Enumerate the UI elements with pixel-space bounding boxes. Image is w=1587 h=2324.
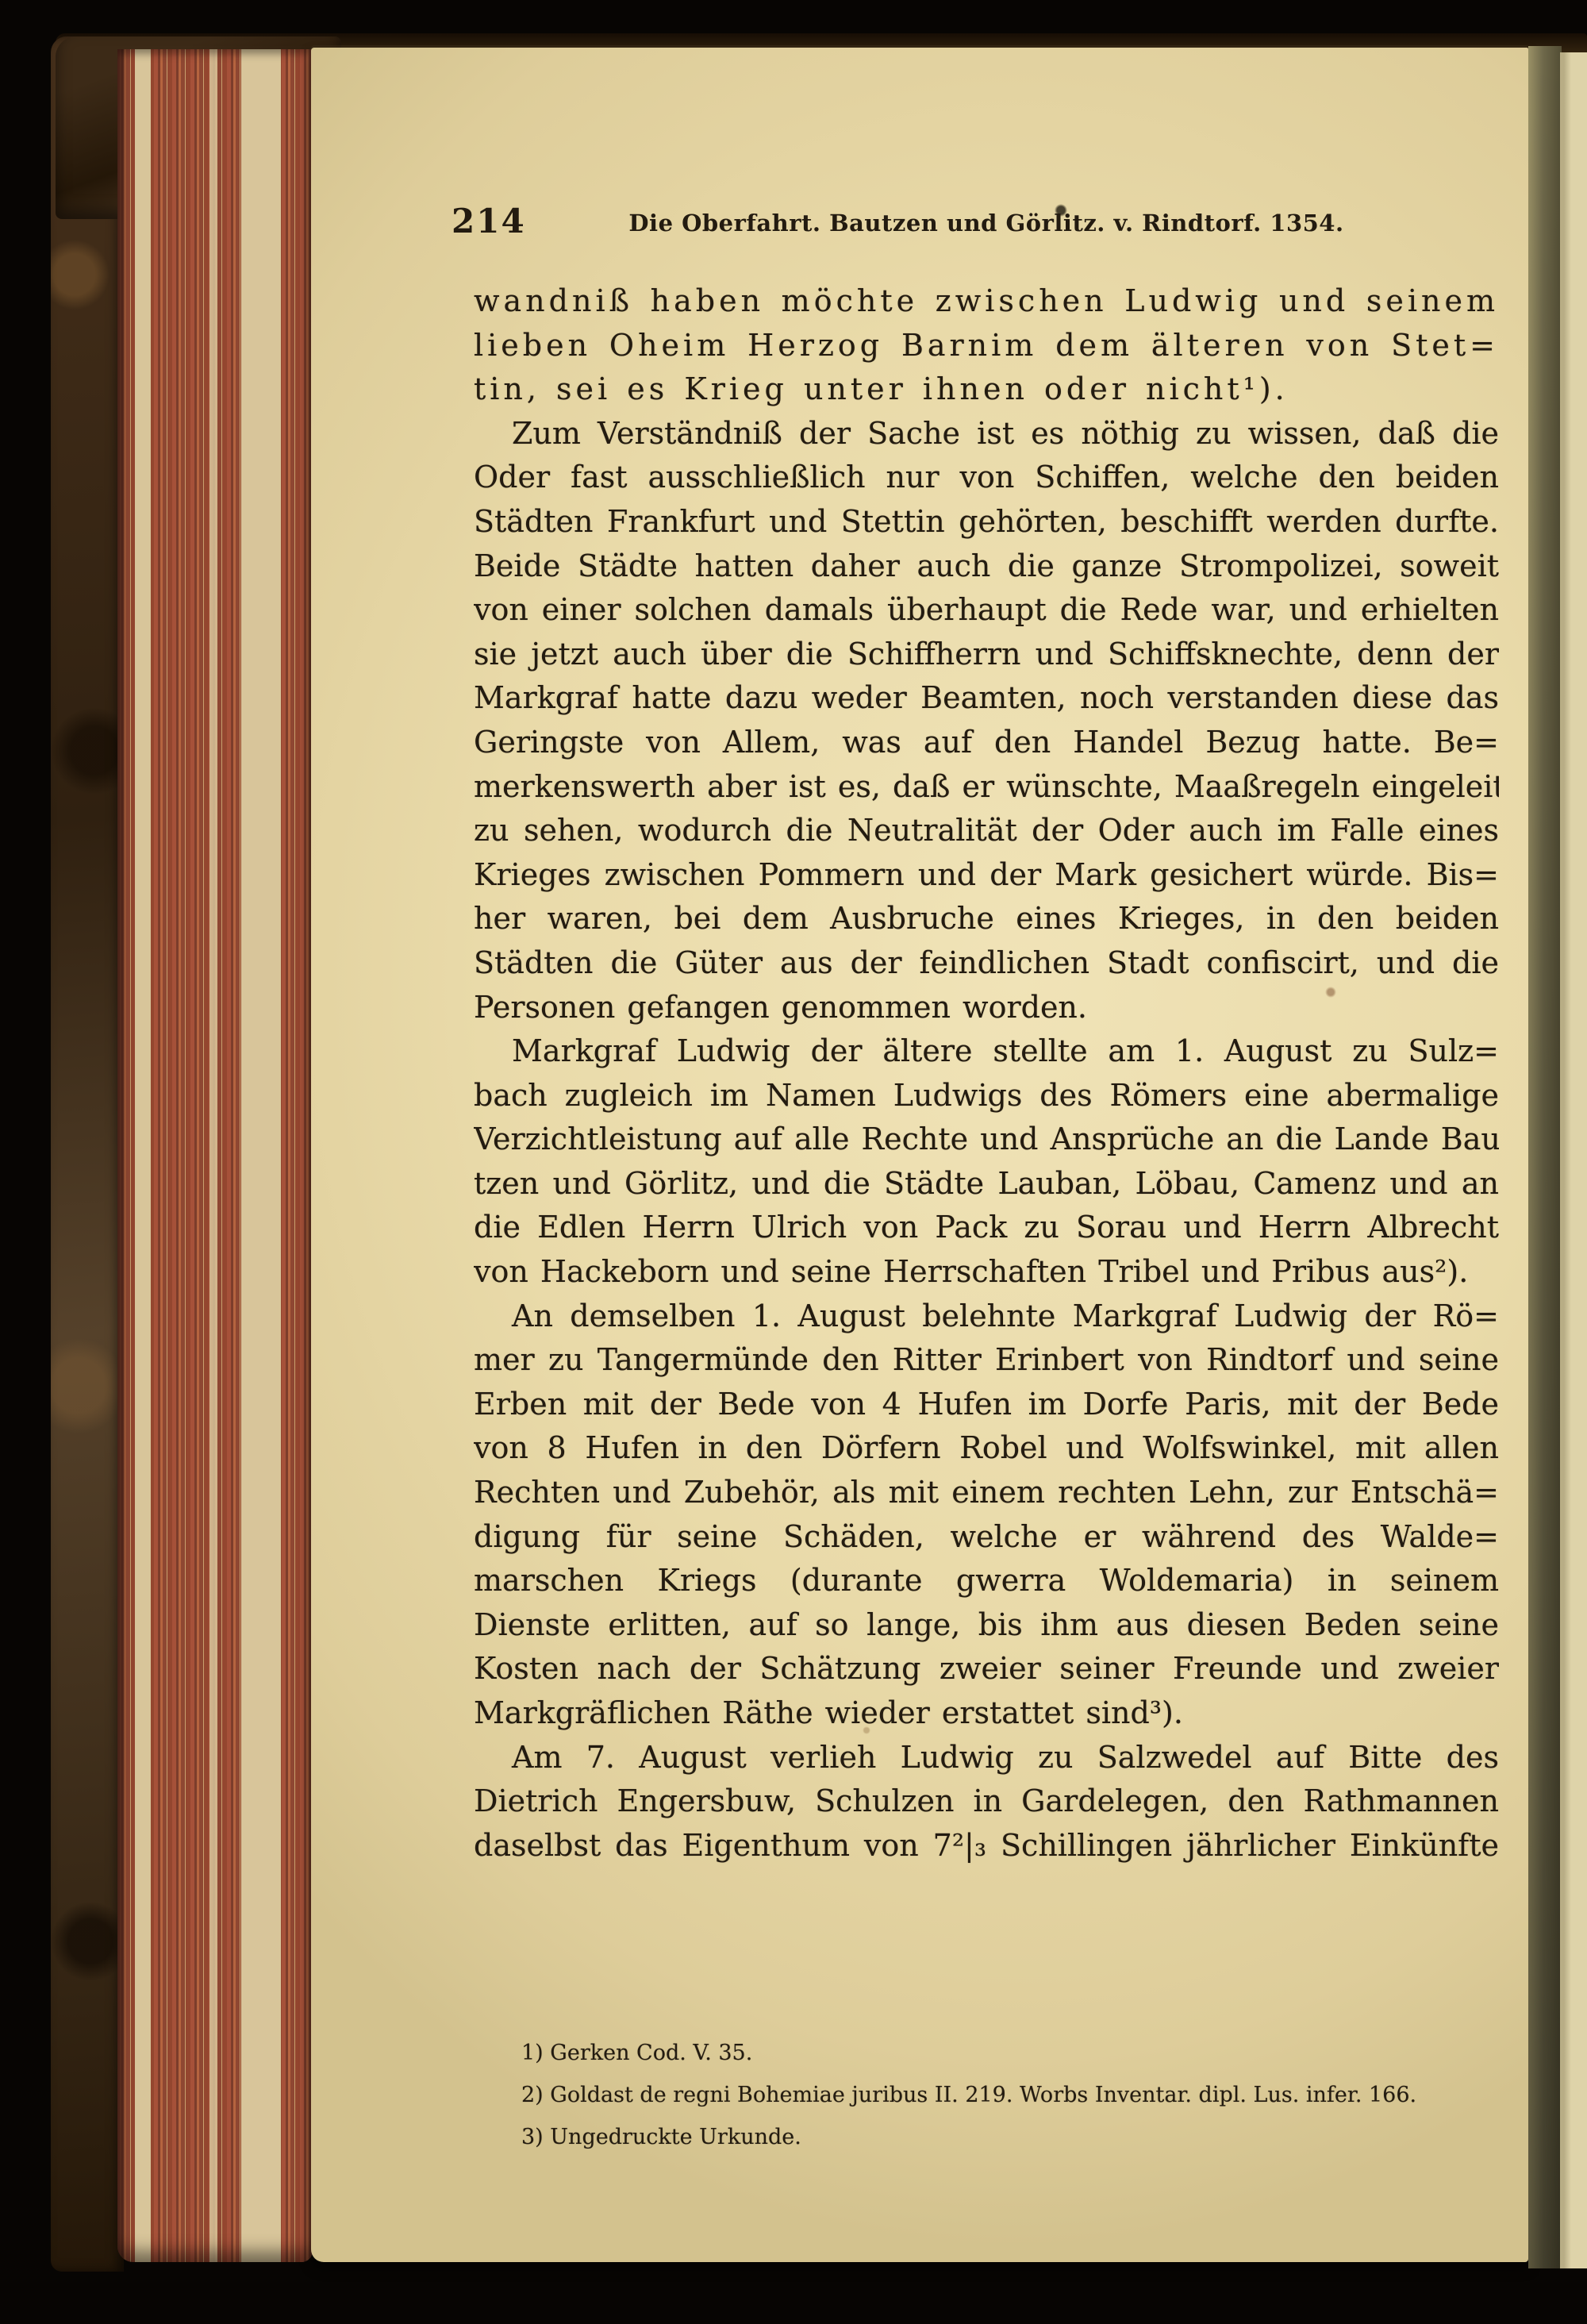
page-header: 214 Die Oberfahrt. Bautzen und Görlitz. … [474,202,1499,246]
book-page: 214 Die Oberfahrt. Bautzen und Görlitz. … [311,48,1528,2262]
page-fore-edges [117,49,313,2262]
text-line: Dietrich Engersbuw, Schulzen in Gardeleg… [474,1780,1499,1824]
text-line: zu sehen, wodurch die Neutralität der Od… [474,809,1499,853]
footnote: 2) Goldast de regni Bohemiae juribus II.… [521,2074,1505,2116]
text-line: Erben mit der Bede von 4 Hufen im Dorfe … [474,1383,1499,1427]
text-line: Markgräflichen Räthe wieder erstattet si… [474,1691,1499,1736]
paragraph: wandniß haben möchte zwischen Ludwig und… [474,279,1499,412]
text-line: tzen und Görlitz, und die Städte Lauban,… [474,1162,1499,1206]
paragraph: Am 7. August verlieh Ludwig zu Salzwedel… [474,1736,1499,1868]
text-line: Geringste von Allem, was auf den Handel … [474,721,1499,765]
paragraph: Zum Verständniß der Sache ist es nöthig … [474,412,1499,1029]
text-line: mer zu Tangermünde den Ritter Erinbert v… [474,1338,1499,1383]
text-line: Markgraf hatte dazu weder Beamten, noch … [474,676,1499,721]
paragraph: Markgraf Ludwig der ältere stellte am 1.… [474,1029,1499,1295]
text-line: von 8 Hufen in den Dörfern Robel und Wol… [474,1426,1499,1471]
text-line: bach zugleich im Namen Ludwigs des Römer… [474,1074,1499,1118]
text-line: Beide Städte hatten daher auch die ganze… [474,544,1499,589]
page-gutter-shadow [1528,46,1562,2268]
text-line: sie jetzt auch über die Schiffherrn und … [474,633,1499,677]
text-line: daselbst das Eigenthum von 7²|₃ Schillin… [474,1824,1499,1868]
text-line: her waren, bei dem Ausbruche eines Krieg… [474,897,1499,941]
text-line: tin, sei es Krieg unter ihnen oder nicht… [474,367,1499,412]
text-line: von Hackeborn und seine Herrschaften Tri… [474,1250,1499,1295]
footnote: 3) Ungedruckte Urkunde. [521,2116,1505,2158]
paragraph: An demselben 1. August belehnte Markgraf… [474,1295,1499,1736]
text-line: Zum Verständniß der Sache ist es nöthig … [474,412,1499,456]
text-line: merkenswerth aber ist es, daß er wünscht… [474,765,1499,810]
text-line: die Edlen Herrn Ulrich von Pack zu Sorau… [474,1206,1499,1250]
text-line: Rechten und Zubehör, als mit einem recht… [474,1471,1499,1515]
text-line: lieben Oheim Herzog Barnim dem älteren v… [474,324,1499,368]
text-line: wandniß haben möchte zwischen Ludwig und… [474,279,1499,324]
text-line: marschen Kriegs (durante gwerra Woldemar… [474,1559,1499,1603]
text-line: Kosten nach der Schätzung zweier seiner … [474,1647,1499,1691]
text-line: Markgraf Ludwig der ältere stellte am 1.… [474,1029,1499,1074]
text-line: Krieges zwischen Pommern und der Mark ge… [474,853,1499,898]
text-line: von einer solchen damals überhaupt die R… [474,588,1499,633]
text-line: digung für seine Schäden, welche er währ… [474,1515,1499,1560]
next-page-edge [1560,52,1587,2268]
book-photo: 214 Die Oberfahrt. Bautzen und Görlitz. … [0,0,1587,2324]
footnotes: 1) Gerken Cod. V. 35.2) Goldast de regni… [521,2032,1505,2158]
text-line: Am 7. August verlieh Ludwig zu Salzwedel… [474,1736,1499,1780]
text-line: Dienste erlitten, auf so lange, bis ihm … [474,1603,1499,1648]
text-line: An demselben 1. August belehnte Markgraf… [474,1295,1499,1339]
footnote: 1) Gerken Cod. V. 35. [521,2032,1505,2074]
text-line: Oder fast ausschließlich nur von Schiffe… [474,456,1499,500]
text-line: Städten die Güter aus der feindlichen St… [474,941,1499,986]
text-line: Verzichtleistung auf alle Rechte und Ans… [474,1118,1499,1162]
body-text: wandniß haben möchte zwischen Ludwig und… [474,279,1499,1868]
running-header: Die Oberfahrt. Bautzen und Görlitz. v. R… [474,210,1499,237]
text-line: Städten Frankfurt und Stettin gehörten, … [474,500,1499,544]
text-line: Personen gefangen genommen worden. [474,986,1499,1030]
book-cover-edge [51,37,124,2272]
